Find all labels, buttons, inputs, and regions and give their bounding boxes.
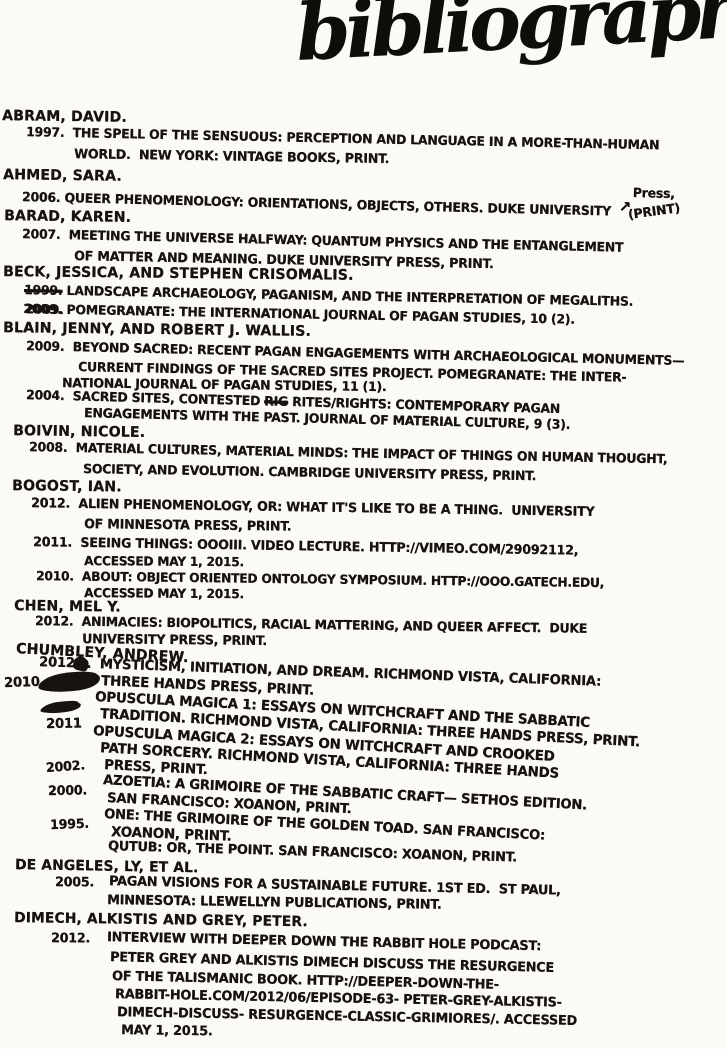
bib-text: WORLD. NEW YORK: VINTAGE BOOKS, PRINT.: [74, 147, 389, 167]
continuation-line: MINNESOTA: LLEWELLYN PUBLICATIONS, PRINT…: [107, 893, 442, 913]
bib-text: 2011: [46, 715, 82, 732]
bib-text: DIMECH, ALKISTIS AND GREY, PETER.: [14, 910, 308, 930]
bib-text: BOIVIN, NICOLE.: [13, 423, 145, 441]
continuation-line: MAY 1, 2015.: [121, 1023, 213, 1039]
margin-year: 2005.: [55, 876, 94, 891]
margin-year: 2002.: [45, 759, 85, 777]
bib-text: 2012. ALIEN PHENOMENOLOGY, OR: WHAT IT'S…: [31, 496, 595, 520]
author-line: BOIVIN, NICOLE.: [13, 423, 145, 442]
continuation-line: OF MINNESOTA PRESS, PRINT.: [84, 518, 291, 535]
inserted-correction: Press,↗(PRINT): [611, 202, 693, 217]
scribble-line: [39, 671, 98, 694]
bib-text: MINNESOTA: LLEWELLYN PUBLICATIONS, PRINT…: [107, 893, 442, 913]
bib-text: MAY 1, 2015.: [121, 1023, 213, 1039]
margin-year: 2011: [46, 716, 82, 732]
bib-text: 2005.: [55, 875, 94, 890]
author-line: BECK, JESSICA, AND STEPHEN CRISOMALIS.: [3, 264, 354, 284]
bib-text: 2010: [4, 674, 40, 691]
bib-text: BLAIN, JENNY, AND ROBERT J. WALLIS.: [3, 320, 311, 340]
continuation-line: ACCESSED MAY 1, 2015.: [84, 554, 244, 569]
bib-text: 2012.: [51, 931, 90, 946]
bib-text: DE ANGELES, LY, ET AL.: [15, 857, 199, 876]
margin-year: 2012.: [51, 932, 90, 947]
bib-text: ABRAM, DAVID.: [2, 108, 127, 126]
author-line: ABRAM, DAVID.: [2, 108, 127, 126]
author-line: BLAIN, JENNY, AND ROBERT J. WALLIS.: [3, 320, 311, 340]
struck-text: RIG: [264, 394, 288, 410]
page-title: bibliography: [294, 0, 727, 79]
continuation-line: WORLD. NEW YORK: VINTAGE BOOKS, PRINT.: [74, 148, 389, 168]
bib-text: BARAD, KAREN.: [4, 208, 131, 226]
struck-text: 1999.: [24, 283, 63, 299]
margin-year: 2010: [4, 675, 40, 692]
margin-year: 2000.: [48, 784, 87, 800]
bib-text: BOGOST, IAN.: [12, 478, 122, 495]
author-line: DIMECH, ALKISTIS AND GREY, PETER.: [14, 910, 308, 930]
author-line: DE ANGELES, LY, ET AL.: [15, 857, 199, 877]
bib-text: 2012: [39, 654, 75, 671]
author-line: BOGOST, IAN.: [12, 478, 122, 496]
insert-above-text: Press,: [632, 187, 674, 203]
continuation-line: SOCIETY, AND EVOLUTION. CAMBRIDGE UNIVER…: [83, 463, 536, 485]
bib-text: OF MINNESOTA PRESS, PRINT.: [84, 517, 291, 535]
bibliography-page: bibliography ABRAM, DAVID.1997. THE SPEL…: [0, 0, 727, 1049]
overwritten-year: 2009.: [24, 302, 63, 318]
bib-text: 2000.: [48, 783, 87, 799]
author-line: AHMED, SARA.: [3, 167, 122, 185]
margin-year: 1995.: [50, 818, 89, 834]
bib-text: CHEN, MEL Y.: [14, 598, 121, 615]
bib-text: BECK, JESSICA, AND STEPHEN CRISOMALIS.: [3, 264, 354, 284]
ink-scribble-blot: [74, 656, 86, 669]
author-line: BARAD, KAREN.: [4, 208, 131, 226]
insert-below-text: (PRINT): [628, 202, 682, 224]
scanned-bibliography-page: { "title": "bibliography", "page": { "in…: [0, 0, 727, 1049]
bib-text: 1995.: [50, 817, 89, 833]
ink-scribble-blot: [42, 699, 80, 713]
bib-text: 2002.: [45, 758, 85, 776]
scribble-line: [41, 697, 79, 714]
bib-text: INTERVIEW WITH DEEPER DOWN THE RABBIT HO…: [107, 930, 541, 954]
bib-text: SOCIETY, AND EVOLUTION. CAMBRIDGE UNIVER…: [83, 462, 536, 484]
author-line: CHEN, MEL Y.: [14, 598, 121, 616]
bib-text: AHMED, SARA.: [3, 167, 122, 185]
ink-scribble-blot: [39, 669, 99, 693]
bib-text: ACCESSED MAY 1, 2015.: [84, 553, 244, 569]
